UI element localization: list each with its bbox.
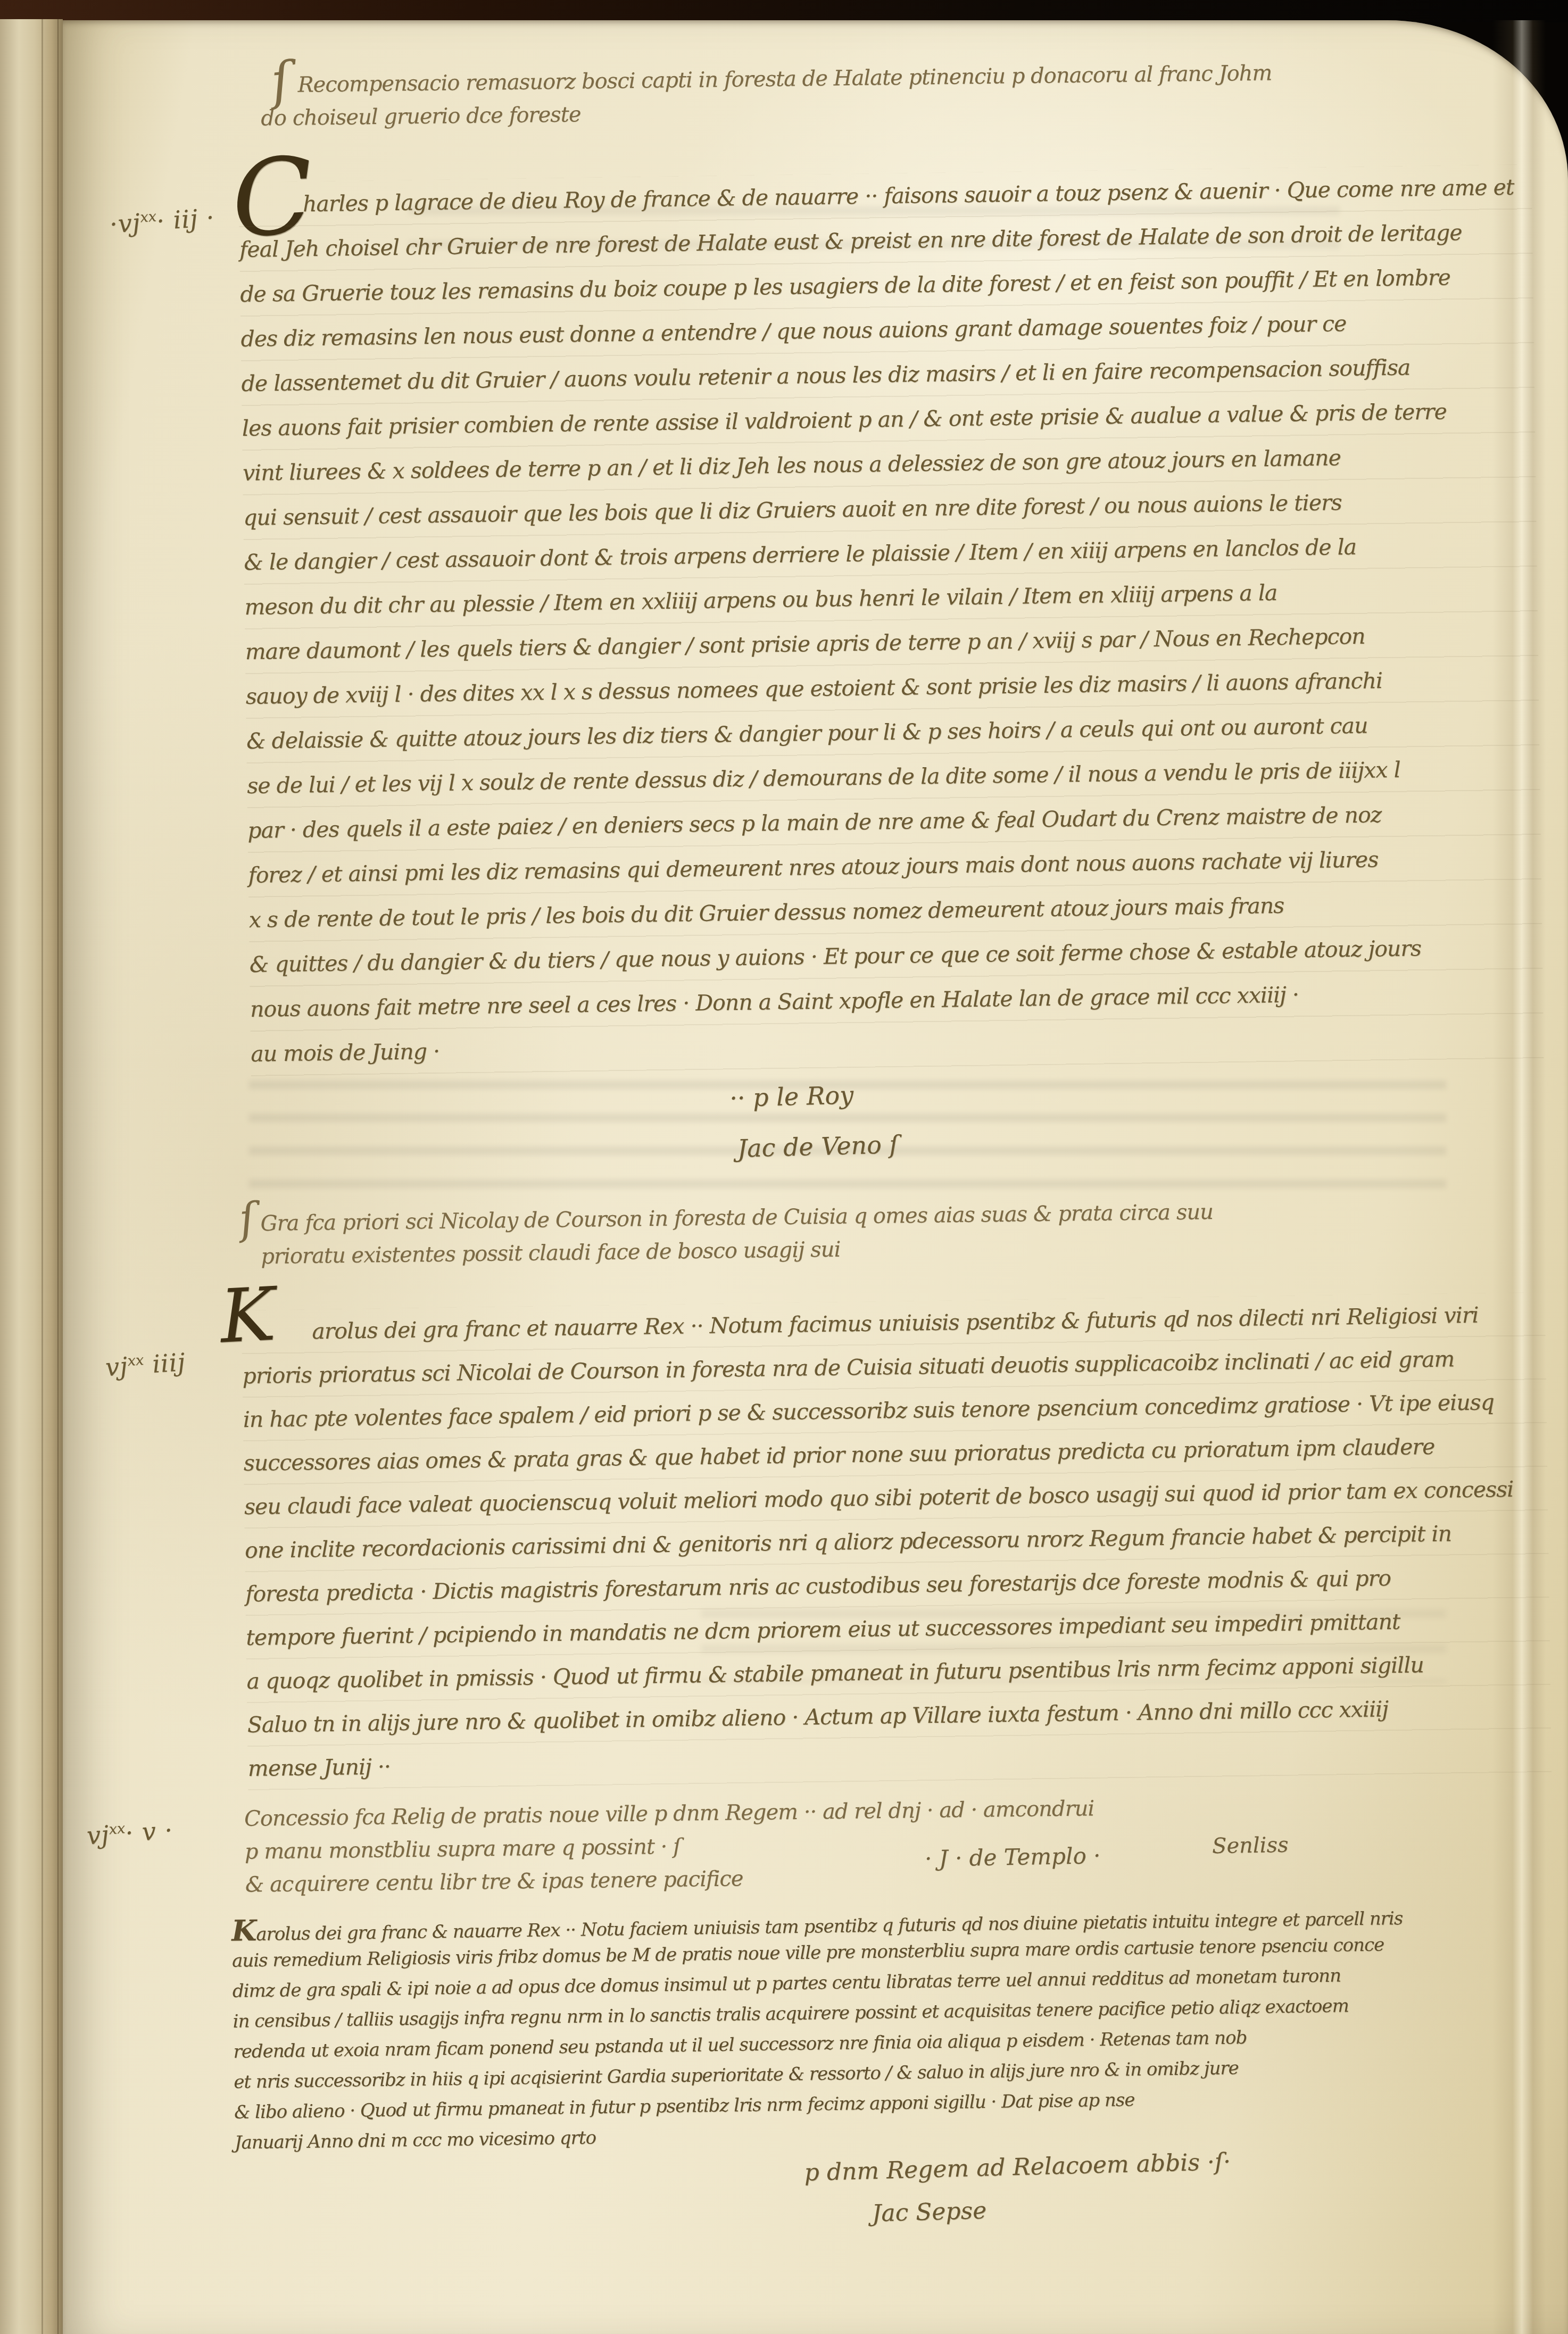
manuscript-page: ſ Recompensacio remasuorz bosci capti in…: [63, 20, 1568, 2334]
clerk-signature: Jac Sepse: [872, 2191, 1233, 2243]
manuscript-line: meson du dit chr au plessie / Item en xx…: [244, 567, 1538, 629]
manuscript-line: au mois de Juing ·: [251, 1014, 1544, 1076]
roman-numeral: · v ·: [125, 1815, 174, 1847]
manuscript-line: successores aias omes & prata gras & que…: [243, 1423, 1547, 1485]
manuscript-line: & le dangier / cest assauoir dont & troi…: [244, 522, 1537, 585]
superscript-xx: xx: [109, 1820, 126, 1838]
roman-numeral: vj: [86, 1820, 110, 1850]
manuscript-line: & delaissie & quitte atouz jours les diz…: [246, 701, 1539, 763]
gutter-crease: [42, 19, 43, 2334]
manuscript-line: Saluo tn in alijs jure nro & quolibet in…: [247, 1685, 1551, 1747]
clerk-signature: Jac de Veno ſ: [737, 1130, 899, 1185]
binding-gutter: [0, 19, 63, 2334]
manuscript-line: mare daumont / les quels tiers & dangier…: [245, 611, 1538, 674]
manuscript-line: se de lui / et les vij l x soulz de rent…: [247, 745, 1540, 808]
paraph-mark: ſ: [237, 1193, 258, 1244]
manuscript-line: par · des quels il a este paiez / en den…: [247, 790, 1541, 853]
margin-item-number-1: ·vjxx· iij ·: [109, 203, 215, 239]
manuscript-line: a quoqz quolibet in pmissis · Quod ut fi…: [246, 1641, 1550, 1703]
manuscript-line: foresta predicta · Dictis magistris fore…: [245, 1554, 1549, 1616]
manuscript-line: les auons fait prisier combien de rente …: [242, 388, 1535, 451]
rubric-2: Gra fca priori sci Nicolay de Courson in…: [260, 1200, 1214, 1277]
book-top-edge: [0, 0, 1568, 22]
chancery-subscription-1: ·· p le Roy Jac de Veno ſ: [729, 1079, 900, 1185]
charter-1-text: harles p lagrace de dieu Roy de france &…: [238, 164, 1544, 1076]
manuscript-line: mense Junij ··: [247, 1729, 1552, 1790]
place-note: Senliss: [1212, 1833, 1289, 1858]
margin-item-number-2: vjxx iiij: [104, 1348, 186, 1382]
manuscript-line: in hac pte volentes face spalem / eid pr…: [243, 1380, 1547, 1441]
roman-numeral: iiij: [143, 1348, 187, 1379]
superscript-xx: xx: [139, 208, 157, 226]
manuscript-line: prioris prioratus sci Nicolai de Courson…: [242, 1336, 1546, 1398]
manuscript-line: de sa Gruerie touz les remasins du boiz …: [240, 254, 1533, 317]
manuscript-line: tempore fuerint / pcipiendo in mandatis …: [246, 1598, 1550, 1659]
manuscript-line: harles p lagrace de dieu Roy de france &…: [238, 164, 1532, 227]
margin-item-number-3: vjxx· v ·: [86, 1815, 174, 1850]
superscript-xx: xx: [127, 1352, 145, 1369]
manuscript-line: vint liurees & x soldees de terre p an /…: [242, 433, 1536, 495]
manuscript-line: sauoy de xviij l · des dites xx l x s de…: [245, 656, 1539, 719]
roman-numeral: vj: [104, 1351, 129, 1382]
gutter-crease: [57, 19, 59, 2334]
manuscript-line: qui sensuit / cest assauoir que les bois…: [243, 477, 1537, 540]
manuscript-line: nous auons fait metre nre seel a ces lre…: [250, 969, 1544, 1032]
manuscript-line: one inclite recordacionis carissimi dni …: [245, 1510, 1549, 1572]
manuscript-line: feal Jeh choisel chr Gruier de nre fores…: [239, 209, 1533, 272]
per-regem-note: ·· p le Roy: [729, 1079, 898, 1134]
manuscript-line: x s de rente de tout le pris / les bois …: [248, 879, 1542, 942]
clerk-note-de-templo: · J · de Templo ·: [925, 1842, 1101, 1872]
chancery-subscription-3: p dnm Regem ad Relacoem abbis ·ſ· Jac Se…: [804, 2148, 1233, 2245]
manuscript-line: de lassentemet du dit Gruier / auons vou…: [241, 343, 1534, 406]
rubric-1: Recompensacio remasuorz bosci capti in f…: [260, 61, 1272, 139]
manuscript-line: des diz remasins len nous eust donne a e…: [240, 298, 1534, 361]
manuscript-line: & quittes / du dangier & du tiers / que …: [249, 924, 1542, 987]
roman-numeral: · iij ·: [155, 203, 215, 235]
manuscript-line: seu claudi face valeat quocienscuq volui…: [244, 1467, 1548, 1529]
charter-3-text: Karolus dei gra franc & nauarre Rex ·· N…: [231, 1897, 1568, 2158]
roman-numeral: ·vj: [109, 208, 142, 239]
charter-2-text: arolus dei gra franc et nauarre Rex ·· N…: [242, 1292, 1552, 1790]
manuscript-line: forez / et ainsi pmi les diz remasins qu…: [248, 835, 1541, 898]
manuscript-line: arolus dei gra franc et nauarre Rex ·· N…: [242, 1292, 1546, 1354]
